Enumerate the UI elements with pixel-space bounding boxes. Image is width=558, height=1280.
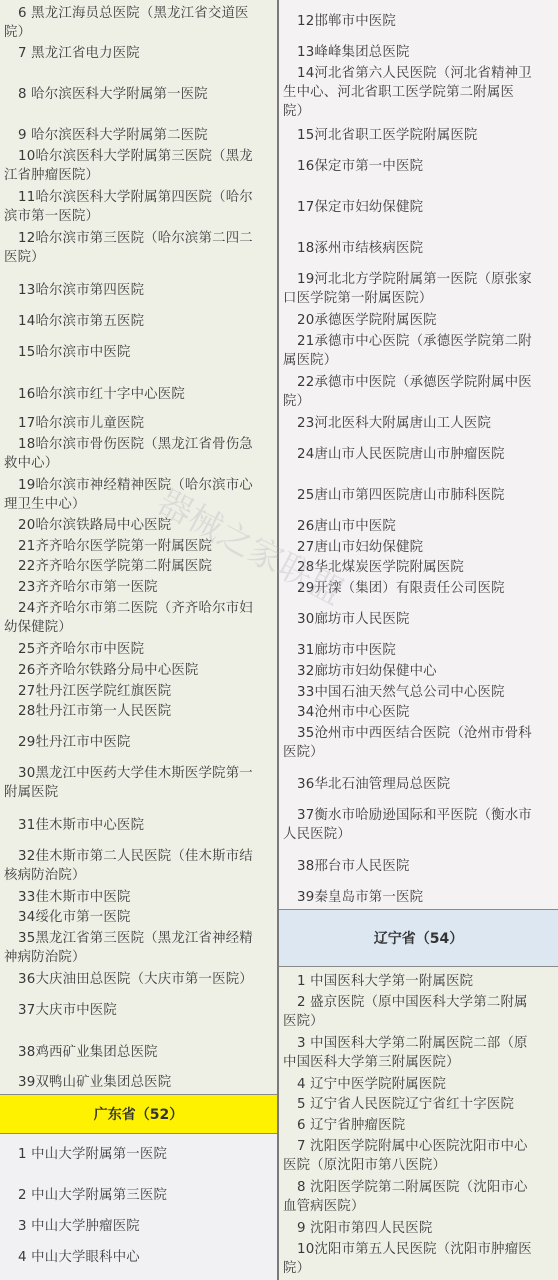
list-item: 20承德医学院附属医院 (279, 311, 558, 330)
list-item-line: 10沈阳市第五人民医院（沈阳市肿瘤医 (283, 1240, 554, 1259)
list-item-line: 神病防治院） (4, 948, 273, 967)
list-item: 8 哈尔滨医科大学附属第一医院 (0, 85, 277, 104)
guangdong-list: 1 中山大学附属第一医院2 中山大学附属第三医院3 中山大学肿瘤医院4 中山大学… (0, 1134, 277, 1280)
list-item: 13哈尔滨市第四医院 (0, 281, 277, 300)
list-item: 27牡丹江医学院红旗医院 (0, 682, 277, 701)
list-item: 32佳木斯市第二人民医院（佳木斯市结核病防治院） (0, 847, 277, 885)
list-item: 5 辽宁省人民医院辽宁省红十字医院 (279, 1095, 558, 1114)
guangdong-header-label: 广东省（52） (94, 1104, 183, 1124)
list-item: 19哈尔滨市神经精神医院（哈尔滨市心理卫生中心） (0, 476, 277, 514)
list-item: 3 中山大学肿瘤医院 (0, 1217, 277, 1236)
list-item: 1 中国医科大学第一附属医院 (279, 972, 558, 991)
list-item-line: 32廊坊市妇幼保健中心 (283, 662, 554, 681)
list-item-line: 31佳木斯市中心医院 (4, 816, 273, 835)
list-item-line: 3 中国医科大学第二附属医院二部（原 (283, 1034, 554, 1053)
list-item: 39秦皇岛市第一医院 (279, 888, 558, 907)
list-item-line: 人民医院） (283, 825, 554, 844)
list-item: 19河北北方学院附属第一医院（原张家口医学院第一附属医院） (279, 270, 558, 308)
list-item-line: 属医院） (283, 351, 554, 370)
list-item-line: 37大庆市中医院 (4, 1001, 273, 1020)
list-item: 29牡丹江市中医院 (0, 733, 277, 752)
list-item-line: 3 中山大学肿瘤医院 (4, 1217, 273, 1236)
list-item-line: 34沧州市中心医院 (283, 703, 554, 722)
list-item-line: 17保定市妇幼保健院 (283, 198, 554, 217)
list-item: 13峰峰集团总医院 (279, 43, 558, 62)
list-item-line: 33中国石油天然气总公司中心医院 (283, 683, 554, 702)
list-item-line: 23河北医科大附属唐山工人医院 (283, 414, 554, 433)
list-item: 28牡丹江市第一人民医院 (0, 702, 277, 721)
list-item-line: 28华北煤炭医学院附属医院 (283, 558, 554, 577)
list-item: 39双鸭山矿业集团总医院 (0, 1073, 277, 1092)
list-item: 2 中山大学附属第三医院 (0, 1186, 277, 1205)
list-item-line: 7 沈阳医学院附属中心医院沈阳市中心 (283, 1137, 554, 1156)
list-item: 23齐齐哈尔市第一医院 (0, 578, 277, 597)
liaoning-header: 辽宁省（54） (279, 909, 558, 967)
left-column: 6 黑龙江海员总医院（黑龙江省交道医院）7 黑龙江省电力医院8 哈尔滨医科大学附… (0, 0, 279, 1280)
list-item: 24唐山市人民医院唐山市肿瘤医院 (279, 445, 558, 464)
list-item: 30黑龙江中医药大学佳木斯医学院第一附属医院 (0, 764, 277, 802)
list-item: 36华北石油管理局总医院 (279, 775, 558, 794)
list-item: 26唐山市中医院 (279, 517, 558, 536)
list-item-line: 7 黑龙江省电力医院 (4, 44, 273, 63)
list-item-line: 1 中山大学附属第一医院 (4, 1145, 273, 1164)
list-item: 21齐齐哈尔医学院第一附属医院 (0, 537, 277, 556)
list-item: 25齐齐哈尔市中医院 (0, 640, 277, 659)
list-item: 37大庆市中医院 (0, 1001, 277, 1020)
list-item-line: 12哈尔滨市第三医院（哈尔滨第二四二 (4, 229, 273, 248)
list-item-line: 14哈尔滨市第五医院 (4, 312, 273, 331)
list-item-line: 滨市第一医院） (4, 207, 273, 226)
hospital-list-page: 6 黑龙江海员总医院（黑龙江省交道医院）7 黑龙江省电力医院8 哈尔滨医科大学附… (0, 0, 558, 1280)
list-item-line: 口医学院第一附属医院） (283, 289, 554, 308)
list-item: 17哈尔滨市儿童医院 (0, 414, 277, 433)
list-item: 22承德市中医院（承德医学院附属中医院） (279, 373, 558, 411)
list-item-line: 36华北石油管理局总医院 (283, 775, 554, 794)
list-item-line: 22承德市中医院（承德医学院附属中医 (283, 373, 554, 392)
list-item-line: 16哈尔滨市红十字中心医院 (4, 385, 273, 404)
list-item-line: 13哈尔滨市第四医院 (4, 281, 273, 300)
list-item-line: 23齐齐哈尔市第一医院 (4, 578, 273, 597)
list-item-line: 38邢台市人民医院 (283, 857, 554, 876)
list-item: 8 沈阳医学院第二附属医院（沈阳市心血管病医院） (279, 1178, 558, 1216)
list-item-line: 20承德医学院附属医院 (283, 311, 554, 330)
list-item: 4 中山大学眼科中心 (0, 1248, 277, 1267)
list-item: 38鸡西矿业集团总医院 (0, 1043, 277, 1062)
list-item: 20哈尔滨铁路局中心医院 (0, 516, 277, 535)
list-item-line: 25齐齐哈尔市中医院 (4, 640, 273, 659)
list-item-line: 30廊坊市人民医院 (283, 610, 554, 629)
list-item: 16保定市第一中医院 (279, 157, 558, 176)
list-item: 35沧州市中西医结合医院（沧州市骨科医院） (279, 724, 558, 762)
list-item-line: 2 中山大学附属第三医院 (4, 1186, 273, 1205)
list-item-line: 37衡水市哈励逊国际和平医院（衡水市 (283, 806, 554, 825)
hebei-list: 12邯郸市中医院13峰峰集团总医院14河北省第六人民医院（河北省精神卫生中心、河… (279, 0, 558, 909)
list-item-line: 幼保健院） (4, 618, 273, 637)
list-item-line: 15哈尔滨市中医院 (4, 343, 273, 362)
guangdong-header: 广东省（52） (0, 1094, 277, 1134)
list-item: 12邯郸市中医院 (279, 12, 558, 31)
list-item-line: 31廊坊市中医院 (283, 641, 554, 660)
list-item-line: 院） (283, 102, 554, 121)
list-item-line: 26唐山市中医院 (283, 517, 554, 536)
list-item-line: 32佳木斯市第二人民医院（佳木斯市结 (4, 847, 273, 866)
list-item-line: 附属医院 (4, 783, 273, 802)
list-item: 6 辽宁省肿瘤医院 (279, 1116, 558, 1135)
list-item: 28华北煤炭医学院附属医院 (279, 558, 558, 577)
list-item-line: 江省肿瘤医院） (4, 166, 273, 185)
list-item-line: 18哈尔滨市骨伤医院（黑龙江省骨伤急 (4, 435, 273, 454)
liaoning-list: 1 中国医科大学第一附属医院2 盛京医院（原中国医科大学第二附属医院）3 中国医… (279, 967, 558, 1280)
list-item-line: 38鸡西矿业集团总医院 (4, 1043, 273, 1062)
list-item-line: 6 黑龙江海员总医院（黑龙江省交道医 (4, 4, 273, 23)
list-item: 24齐齐哈尔市第二医院（齐齐哈尔市妇幼保健院） (0, 599, 277, 637)
list-item-line: 医院） (4, 248, 273, 267)
list-item-line: 35沧州市中西医结合医院（沧州市骨科 (283, 724, 554, 743)
liaoning-header-label: 辽宁省（54） (374, 928, 463, 948)
list-item-line: 1 中国医科大学第一附属医院 (283, 972, 554, 991)
list-item: 10沈阳市第五人民医院（沈阳市肿瘤医院） (279, 1240, 558, 1278)
list-item-line: 21承德市中心医院（承德医学院第二附 (283, 332, 554, 351)
list-item: 31佳木斯市中心医院 (0, 816, 277, 835)
list-item-line: 34绥化市第一医院 (4, 908, 273, 927)
list-item-line: 27唐山市妇幼保健院 (283, 538, 554, 557)
list-item-line: 29牡丹江市中医院 (4, 733, 273, 752)
list-item-line: 10哈尔滨医科大学附属第三医院（黑龙 (4, 147, 273, 166)
list-item-line: 16保定市第一中医院 (283, 157, 554, 176)
list-item: 33中国石油天然气总公司中心医院 (279, 683, 558, 702)
list-item-line: 33佳木斯市中医院 (4, 888, 273, 907)
list-item: 22齐齐哈尔医学院第二附属医院 (0, 557, 277, 576)
list-item-line: 25唐山市第四医院唐山市肺科医院 (283, 486, 554, 505)
list-item-line: 24唐山市人民医院唐山市肿瘤医院 (283, 445, 554, 464)
list-item: 16哈尔滨市红十字中心医院 (0, 385, 277, 404)
list-item-line: 8 沈阳医学院第二附属医院（沈阳市心 (283, 1178, 554, 1197)
list-item: 37衡水市哈励逊国际和平医院（衡水市人民医院） (279, 806, 558, 844)
right-column: 12邯郸市中医院13峰峰集团总医院14河北省第六人民医院（河北省精神卫生中心、河… (279, 0, 558, 1280)
list-item-line: 11哈尔滨医科大学附属第四医院（哈尔 (4, 188, 273, 207)
list-item-line: 核病防治院） (4, 866, 273, 885)
list-item: 29开滦（集团）有限责任公司医院 (279, 579, 558, 598)
list-item-line: 血管病医院） (283, 1197, 554, 1216)
list-item: 6 黑龙江海员总医院（黑龙江省交道医院） (0, 4, 277, 42)
list-item: 25唐山市第四医院唐山市肺科医院 (279, 486, 558, 505)
list-item: 34沧州市中心医院 (279, 703, 558, 722)
list-item-line: 4 辽宁中医学院附属医院 (283, 1075, 554, 1094)
list-item: 18涿州市结核病医院 (279, 239, 558, 258)
list-item: 38邢台市人民医院 (279, 857, 558, 876)
list-item: 36大庆油田总医院（大庆市第一医院） (0, 970, 277, 989)
list-item-line: 26齐齐哈尔铁路分局中心医院 (4, 661, 273, 680)
list-item: 14河北省第六人民医院（河北省精神卫生中心、河北省职工医学院第二附属医院） (279, 64, 558, 121)
list-item: 30廊坊市人民医院 (279, 610, 558, 629)
list-item: 18哈尔滨市骨伤医院（黑龙江省骨伤急救中心） (0, 435, 277, 473)
list-item-line: 12邯郸市中医院 (283, 12, 554, 31)
list-item: 34绥化市第一医院 (0, 908, 277, 927)
list-item: 11哈尔滨医科大学附属第四医院（哈尔滨市第一医院） (0, 188, 277, 226)
list-item-line: 院） (4, 23, 273, 42)
list-item-line: 4 中山大学眼科中心 (4, 1248, 273, 1267)
list-item: 31廊坊市中医院 (279, 641, 558, 660)
list-item: 17保定市妇幼保健院 (279, 198, 558, 217)
list-item-line: 中国医科大学第三附属医院） (283, 1053, 554, 1072)
list-item: 1 中山大学附属第一医院 (0, 1145, 277, 1164)
list-item-line: 13峰峰集团总医院 (283, 43, 554, 62)
list-item-line: 18涿州市结核病医院 (283, 239, 554, 258)
list-item-line: 17哈尔滨市儿童医院 (4, 414, 273, 433)
list-item-line: 15河北省职工医学院附属医院 (283, 126, 554, 145)
list-item: 26齐齐哈尔铁路分局中心医院 (0, 661, 277, 680)
list-item-line: 医院） (283, 743, 554, 762)
list-item-line: 39秦皇岛市第一医院 (283, 888, 554, 907)
list-item: 7 沈阳医学院附属中心医院沈阳市中心医院（原沈阳市第八医院） (279, 1137, 558, 1175)
list-item: 21承德市中心医院（承德医学院第二附属医院） (279, 332, 558, 370)
list-item-line: 19哈尔滨市神经精神医院（哈尔滨市心 (4, 476, 273, 495)
list-item-line: 20哈尔滨铁路局中心医院 (4, 516, 273, 535)
list-item: 32廊坊市妇幼保健中心 (279, 662, 558, 681)
list-item: 9 沈阳市第四人民医院 (279, 1219, 558, 1238)
list-item: 12哈尔滨市第三医院（哈尔滨第二四二医院） (0, 229, 277, 267)
list-item: 3 中国医科大学第二附属医院二部（原中国医科大学第三附属医院） (279, 1034, 558, 1072)
list-item: 35黑龙江省第三医院（黑龙江省神经精神病防治院） (0, 929, 277, 967)
list-item-line: 院） (283, 1259, 554, 1278)
list-item: 7 黑龙江省电力医院 (0, 44, 277, 63)
list-item-line: 6 辽宁省肿瘤医院 (283, 1116, 554, 1135)
list-item: 15河北省职工医学院附属医院 (279, 126, 558, 145)
list-item-line: 19河北北方学院附属第一医院（原张家 (283, 270, 554, 289)
list-item-line: 27牡丹江医学院红旗医院 (4, 682, 273, 701)
list-item-line: 36大庆油田总医院（大庆市第一医院） (4, 970, 273, 989)
list-item: 14哈尔滨市第五医院 (0, 312, 277, 331)
list-item-line: 30黑龙江中医药大学佳木斯医学院第一 (4, 764, 273, 783)
list-item: 10哈尔滨医科大学附属第三医院（黑龙江省肿瘤医院） (0, 147, 277, 185)
list-item-line: 救中心） (4, 454, 273, 473)
list-item-line: 2 盛京医院（原中国医科大学第二附属 (283, 993, 554, 1012)
list-item-line: 理卫生中心） (4, 495, 273, 514)
list-item: 2 盛京医院（原中国医科大学第二附属医院） (279, 993, 558, 1031)
list-item: 27唐山市妇幼保健院 (279, 538, 558, 557)
heilongjiang-list: 6 黑龙江海员总医院（黑龙江省交道医院）7 黑龙江省电力医院8 哈尔滨医科大学附… (0, 0, 277, 1094)
list-item-line: 29开滦（集团）有限责任公司医院 (283, 579, 554, 598)
list-item-line: 生中心、河北省职工医学院第二附属医 (283, 83, 554, 102)
list-item-line: 院） (283, 392, 554, 411)
list-item: 23河北医科大附属唐山工人医院 (279, 414, 558, 433)
list-item-line: 35黑龙江省第三医院（黑龙江省神经精 (4, 929, 273, 948)
list-item-line: 28牡丹江市第一人民医院 (4, 702, 273, 721)
list-item: 9 哈尔滨医科大学附属第二医院 (0, 126, 277, 145)
list-item-line: 14河北省第六人民医院（河北省精神卫 (283, 64, 554, 83)
list-item-line: 医院（原沈阳市第八医院） (283, 1156, 554, 1175)
list-item: 33佳木斯市中医院 (0, 888, 277, 907)
list-item-line: 24齐齐哈尔市第二医院（齐齐哈尔市妇 (4, 599, 273, 618)
list-item-line: 39双鸭山矿业集团总医院 (4, 1073, 273, 1092)
list-item-line: 5 辽宁省人民医院辽宁省红十字医院 (283, 1095, 554, 1114)
list-item: 4 辽宁中医学院附属医院 (279, 1075, 558, 1094)
list-item-line: 8 哈尔滨医科大学附属第一医院 (4, 85, 273, 104)
list-item-line: 9 沈阳市第四人民医院 (283, 1219, 554, 1238)
list-item: 15哈尔滨市中医院 (0, 343, 277, 362)
list-item-line: 医院） (283, 1012, 554, 1031)
list-item-line: 21齐齐哈尔医学院第一附属医院 (4, 537, 273, 556)
list-item-line: 22齐齐哈尔医学院第二附属医院 (4, 557, 273, 576)
list-item-line: 9 哈尔滨医科大学附属第二医院 (4, 126, 273, 145)
